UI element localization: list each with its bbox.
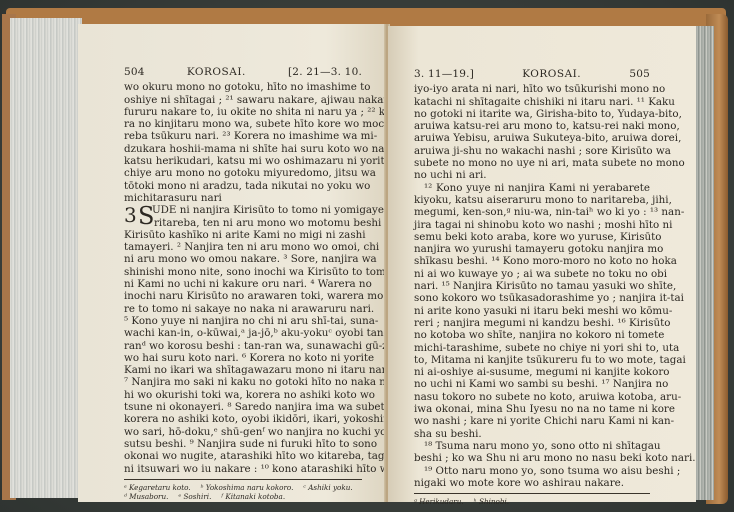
text-line: Kirisūto kashīko ni arite Kami no migi n… — [124, 229, 362, 241]
text-line: iyo-iyo arata ni nari, hīto wo tsūkurish… — [414, 83, 650, 95]
drop-cap: S — [138, 203, 154, 229]
text-line: okonai wo nugite, atarashiki hīto wo kit… — [124, 450, 362, 462]
text-line: kiyoku, katsu aiseraruru mono to naritar… — [414, 194, 650, 206]
text-line: re to tomo ni sakaye no naka ni arawarur… — [124, 303, 362, 315]
footnote: ᶜ Ashiki yoku. — [303, 483, 352, 492]
text-line: tōtoki mono ni aradzu, tada nikutai no y… — [124, 180, 362, 192]
text-line: reba tsūkuru nari. ²³ Korera no imashime… — [124, 130, 362, 142]
footnote-rule — [124, 479, 362, 480]
text-block-before-chapter: wo okuru mono no gotoku, hīto no imashim… — [124, 81, 362, 204]
text-line: shinishi mono nite, sono inochi wa Kiris… — [124, 266, 362, 278]
text-line: wo sari, hō-doku,ᵉ shū-genᶠ wo nanjira n… — [124, 426, 362, 438]
text-line: nasu tokoro no subete no koto, aruiwa ko… — [414, 391, 650, 403]
text-line: ni arite kono yasuki ni itaru beki meshi… — [414, 305, 650, 317]
footnotes-row: ᵍ Herikudaru.ʰ Shinobi. — [414, 497, 650, 506]
text-line: katsu herikudari, katsu mi wo oshimazaru… — [124, 155, 362, 167]
text-line: inochi naru Kirisūto no arawaren toki, w… — [124, 290, 362, 302]
text-line: ritareba, ten ni aru mono wo motomu besh… — [154, 217, 362, 229]
paragraph-4: ¹⁹ Otto naru mono yo, sono tsuma wo aisu… — [414, 465, 650, 490]
text-line: no uchi ni Kami wo sambi su beshi. ¹⁷ Na… — [414, 378, 650, 390]
text-line: oshiye ni shītagai ; ²¹ sawaru nakare, a… — [124, 94, 362, 106]
footnote: ᵉ Soshiri. — [178, 492, 211, 501]
paragraph-2: ¹² Kono yuye ni nanjira Kami ni yerabare… — [414, 182, 650, 440]
text-line: no uchi ni ari. — [414, 169, 650, 181]
text-line: shīkasu beshi. ¹⁴ Kono moro-moro no koto… — [414, 255, 650, 267]
text-line: ni ai-oshiye ai-susume, megumi ni kanjit… — [414, 366, 650, 378]
text-line: michi-tarashime, subete no chiye ni yori… — [414, 342, 650, 354]
text-line: wo hai suru koto nari. ⁶ Korera no koto … — [124, 352, 362, 364]
footnote: ᵍ Herikudaru. — [414, 497, 464, 506]
text-line: ra no kinjitaru mono wa, subete hīto kor… — [124, 118, 362, 130]
text-line: no kotoba wo shīte, nanjira no kokoro ni… — [414, 329, 650, 341]
text-line: ⁷ Nanjira mo saki ni kaku no gotoki hīto… — [124, 376, 362, 388]
text-line: ¹⁹ Otto naru mono yo, sono tsuma wo aisu… — [414, 465, 650, 477]
text-line: fururu nakare to, iu okite no shita ni n… — [124, 106, 362, 118]
paragraph-3: ¹⁸ Tsuma naru mono yo, sono otto ni shīt… — [414, 440, 650, 465]
text-block-after-chapter: Kirisūto kashīko ni arite Kami no migi n… — [124, 229, 362, 475]
text-line: sono kokoro wo tsūkasadorashime yo ; nan… — [414, 292, 650, 304]
footnote: ᶠ Kitanaki kotoba. — [221, 492, 285, 501]
footnote: ᵇ Yokoshima naru kokoro. — [201, 483, 294, 492]
footnote-rule — [414, 493, 650, 494]
text-line: ni aru mono wo omou nakare. ³ Sore, nanj… — [124, 253, 362, 265]
text-line: korera no ashiki koto, oyobi ikidōri, ik… — [124, 413, 362, 425]
text-line: no gotoki ni itarite wa, Girisha-bito to… — [414, 108, 650, 120]
paragraph-1: iyo-iyo arata ni nari, hīto wo tsūkurish… — [414, 83, 650, 181]
text-line: wo okuru mono no gotoku, hīto no imashim… — [124, 81, 362, 93]
text-line: aruiwa Yebisu, aruiwa Sukuteya-bito, aru… — [414, 132, 650, 144]
text-line: megumi, ken-son,ᵍ niu-wa, nin-taiʰ wo ki… — [414, 206, 650, 218]
text-line: wo nashi ; kare ni yorite Chichi naru Ka… — [414, 415, 650, 427]
text-line: ranᵈ wo korosu beshi : tan-ran wa, sunaw… — [124, 340, 362, 352]
footnote: ᵃ Kegaretaru koto. — [124, 483, 191, 492]
text-line: tamayeri. ² Nanjira ten ni aru mono wo o… — [124, 241, 362, 253]
text-line: jira tagai ni shinobu koto wo nashi ; mo… — [414, 219, 650, 231]
verse-range: [2. 21—3. 10. — [288, 66, 362, 78]
text-line: hi wo okurishi toki wa, korera no ashiki… — [124, 389, 362, 401]
text-line: subete no mono no uye ni ari, mata subet… — [414, 157, 650, 169]
chapter-number: 3 — [124, 204, 137, 226]
footnote: ʰ Shinobi. — [474, 497, 509, 506]
footnotes-row-2: ᵈ Musaboru.ᵉ Soshiri.ᶠ Kitanaki kotoba. — [124, 492, 362, 501]
text-line: nigaki wo mote kore wo ashirau nakare. — [414, 477, 650, 489]
text-line: nari. ¹⁵ Nanjira Kirisūto no tamau yasuk… — [414, 280, 650, 292]
text-line: ni ai wo kuwaye yo ; ai wa subete no tok… — [414, 268, 650, 280]
left-page: 504 KOROSAI. [2. 21—3. 10. wo okuru mono… — [78, 24, 388, 502]
text-line: dzukara hoshii-mama ni shīte hai suru ko… — [124, 143, 362, 155]
text-line: reri ; nanjira megumi ni kandzu beshi. ¹… — [414, 317, 650, 329]
text-line: ⁵ Kono yuye ni nanjira no chi ni aru shī… — [124, 315, 362, 327]
page-edges-right — [694, 26, 714, 500]
right-page: 3. 11—19.] KOROSAI. 505 iyo-iyo arata ni… — [388, 26, 696, 502]
running-head-left: 504 KOROSAI. [2. 21—3. 10. — [124, 66, 362, 78]
text-line: ¹² Kono yuye ni nanjira Kami ni yerabare… — [414, 182, 650, 194]
text-line: iwa okonai, mina Shu Iyesu no na no tame… — [414, 403, 650, 415]
text-line: to, Mitama ni kanjite tsūkureru fu to wo… — [414, 354, 650, 366]
text-line: aruiwa ji-shu no wakachi nashi ; sore Ki… — [414, 145, 650, 157]
text-line: sutsu beshi. ⁹ Nanjira sude ni furuki hī… — [124, 438, 362, 450]
footnotes-row-1: ᵃ Kegaretaru koto.ᵇ Yokoshima naru kokor… — [124, 483, 362, 492]
text-line: UDE ni nanjira Kirisūto to tomo ni yomig… — [152, 204, 362, 216]
footnote: ᵈ Musaboru. — [124, 492, 168, 501]
right-page-content: 3. 11—19.] KOROSAI. 505 iyo-iyo arata ni… — [414, 68, 650, 506]
text-line: chiye aru mono no gotoku miyuredomo, jit… — [124, 167, 362, 179]
page-number: 505 — [629, 68, 650, 80]
text-line: ni Kami no uchi ni kakure oru nari. ⁴ Wa… — [124, 278, 362, 290]
running-title: KOROSAI. — [187, 66, 246, 78]
text-line: aruiwa katsu-rei aru mono to, katsu-rei … — [414, 120, 650, 132]
page-number: 504 — [124, 66, 145, 78]
running-title: KOROSAI. — [522, 68, 581, 80]
left-page-content: 504 KOROSAI. [2. 21—3. 10. wo okuru mono… — [124, 66, 362, 501]
verse-range: 3. 11—19.] — [414, 68, 474, 80]
text-line: katachi ni shītagaite chishiki ni itaru … — [414, 96, 650, 108]
text-line: ¹⁸ Tsuma naru mono yo, sono otto ni shīt… — [414, 440, 650, 452]
chapter-opening: 3 S UDE ni nanjira Kirisūto to tomo ni y… — [124, 204, 362, 229]
text-line: ni itsuwari wo iu nakare : ¹⁰ kono atara… — [124, 463, 362, 475]
text-line: Kami no ikari wa shītagawazaru mono ni i… — [124, 364, 362, 376]
text-line: michitarasuru nari — [124, 192, 362, 204]
page-edges-left — [10, 18, 82, 498]
text-line: beshi ; ko wa Shu ni aru mono no nasu be… — [414, 452, 650, 464]
text-line: wachi kan-in, o-kūwai,ᵃ ja-jō,ᵇ aku-yoku… — [124, 327, 362, 339]
text-line: nanjira wo yurushi tamayeru gotoku nanji… — [414, 243, 650, 255]
running-head-right: 3. 11—19.] KOROSAI. 505 — [414, 68, 650, 80]
text-line: sha su beshi. — [414, 428, 650, 440]
text-line: tsune ni okonayeri. ⁸ Saredo nanjira ima… — [124, 401, 362, 413]
text-line: semu beki koto araba, kore wo yuruse, Ki… — [414, 231, 650, 243]
